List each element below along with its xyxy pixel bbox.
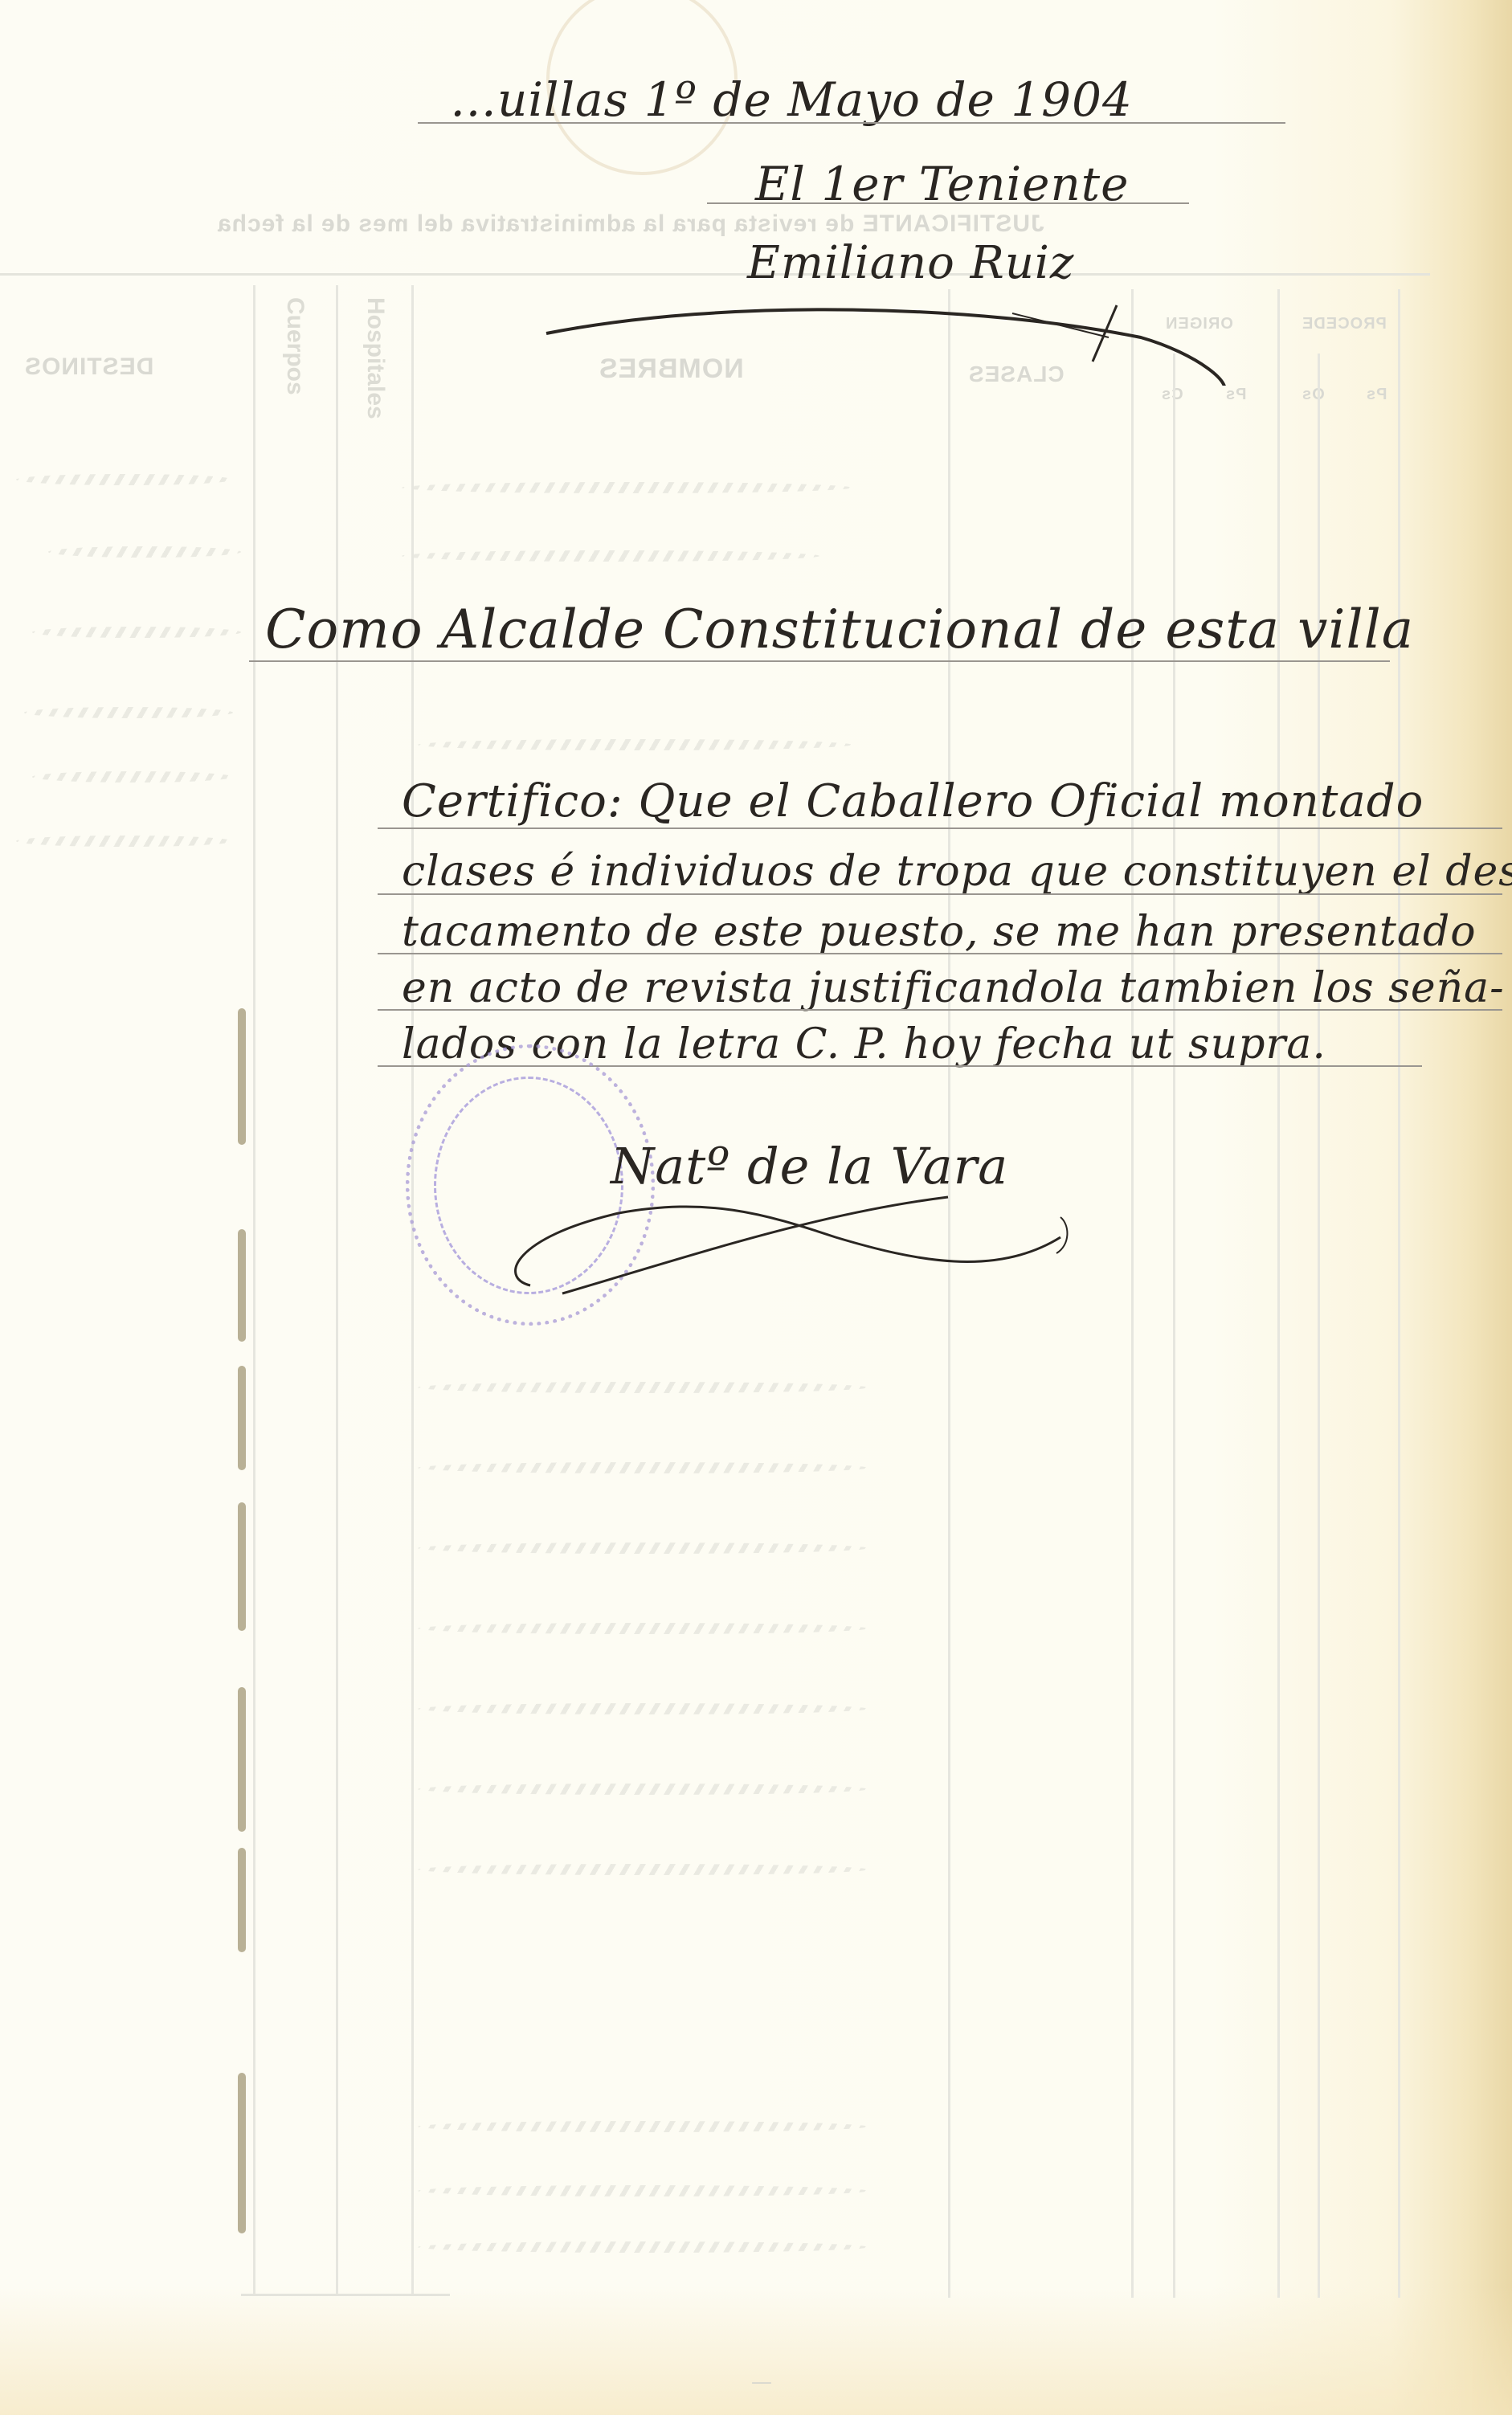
ghost-stroke xyxy=(32,771,233,783)
ghost-stroke xyxy=(418,2185,868,2196)
ghost-stroke xyxy=(402,550,819,562)
ghost-stroke xyxy=(418,1864,868,1875)
ghost-stroke xyxy=(16,836,233,847)
line-rule-2 xyxy=(378,893,1502,895)
certificate-line-1: Certifico: Que el Caballero Oficial mont… xyxy=(402,775,1424,827)
line-rule-1 xyxy=(378,827,1502,829)
ghost-stroke xyxy=(32,627,241,638)
ghost-stroke xyxy=(418,1703,868,1714)
lieutenant-signature: Emiliano Ruiz xyxy=(747,237,1074,289)
rule-v9 xyxy=(1398,289,1400,2298)
rule-v7 xyxy=(1277,289,1280,2298)
margin-brace xyxy=(238,1687,246,1832)
page-number-ghost: — xyxy=(751,2370,772,2394)
ghost-stroke xyxy=(24,707,233,718)
line-rule-3 xyxy=(378,953,1502,954)
form-title-ghost: JUSTIFICANTE de revista para la administ… xyxy=(217,210,1044,238)
ghost-stroke xyxy=(418,739,852,750)
place-date-rule xyxy=(418,122,1285,124)
ghost-stroke xyxy=(16,474,233,485)
ghost-stroke xyxy=(418,1382,868,1393)
ghost-stroke xyxy=(48,546,241,558)
signature-flourish-top xyxy=(530,289,1253,386)
certificate-line-2: clases é individuos de tropa que constit… xyxy=(402,848,1512,896)
sub-cs-ghost: Cs xyxy=(1161,386,1183,404)
certificate-heading: Como Alcalde Constitucional de esta vill… xyxy=(265,599,1414,660)
ghost-stroke xyxy=(418,1623,868,1634)
rule-v3 xyxy=(411,285,414,2294)
margin-brace xyxy=(238,1366,246,1470)
col-hospitales-ghost: Hospitales xyxy=(362,297,389,419)
certificate-line-3: tacamento de este puesto, se me han pres… xyxy=(402,908,1477,956)
ghost-stroke xyxy=(402,482,852,493)
margin-brace xyxy=(238,1848,246,1952)
sub-os-ghost: Os xyxy=(1302,386,1325,404)
line-rule-4 xyxy=(378,1009,1502,1011)
form-bottom-rule xyxy=(241,2294,450,2296)
col-cuerpos-ghost: Cuerpos xyxy=(281,297,309,395)
rule-v1 xyxy=(253,285,255,2294)
margin-brace xyxy=(238,1229,246,1342)
form-top-rule xyxy=(0,273,1430,276)
col-destinos-ghost: DESTINOS xyxy=(24,353,153,381)
heading-rule xyxy=(249,660,1390,662)
certificate-line-4: en acto de revista justificandola tambie… xyxy=(402,964,1505,1012)
sub-ps2-ghost: Ps xyxy=(1366,386,1387,404)
col-procede-ghost: PROCEDE xyxy=(1302,315,1387,333)
ghost-stroke xyxy=(418,1543,868,1554)
rule-v5 xyxy=(1131,289,1134,2298)
sub-ps-ghost: Ps xyxy=(1225,386,1246,404)
ghost-stroke xyxy=(418,2121,868,2132)
ghost-stroke xyxy=(418,1462,868,1473)
ghost-stroke xyxy=(418,2241,868,2253)
margin-brace xyxy=(238,2073,246,2233)
margin-brace xyxy=(238,1502,246,1631)
page-shadow xyxy=(0,2286,1512,2415)
ghost-stroke xyxy=(418,1784,868,1795)
margin-brace xyxy=(238,1008,246,1145)
mayor-signature-flourish xyxy=(498,1181,1077,1310)
rank-rule xyxy=(707,202,1189,204)
rule-v2 xyxy=(336,285,338,2294)
place-date: …uillas 1º de Mayo de 1904 xyxy=(450,72,1133,127)
